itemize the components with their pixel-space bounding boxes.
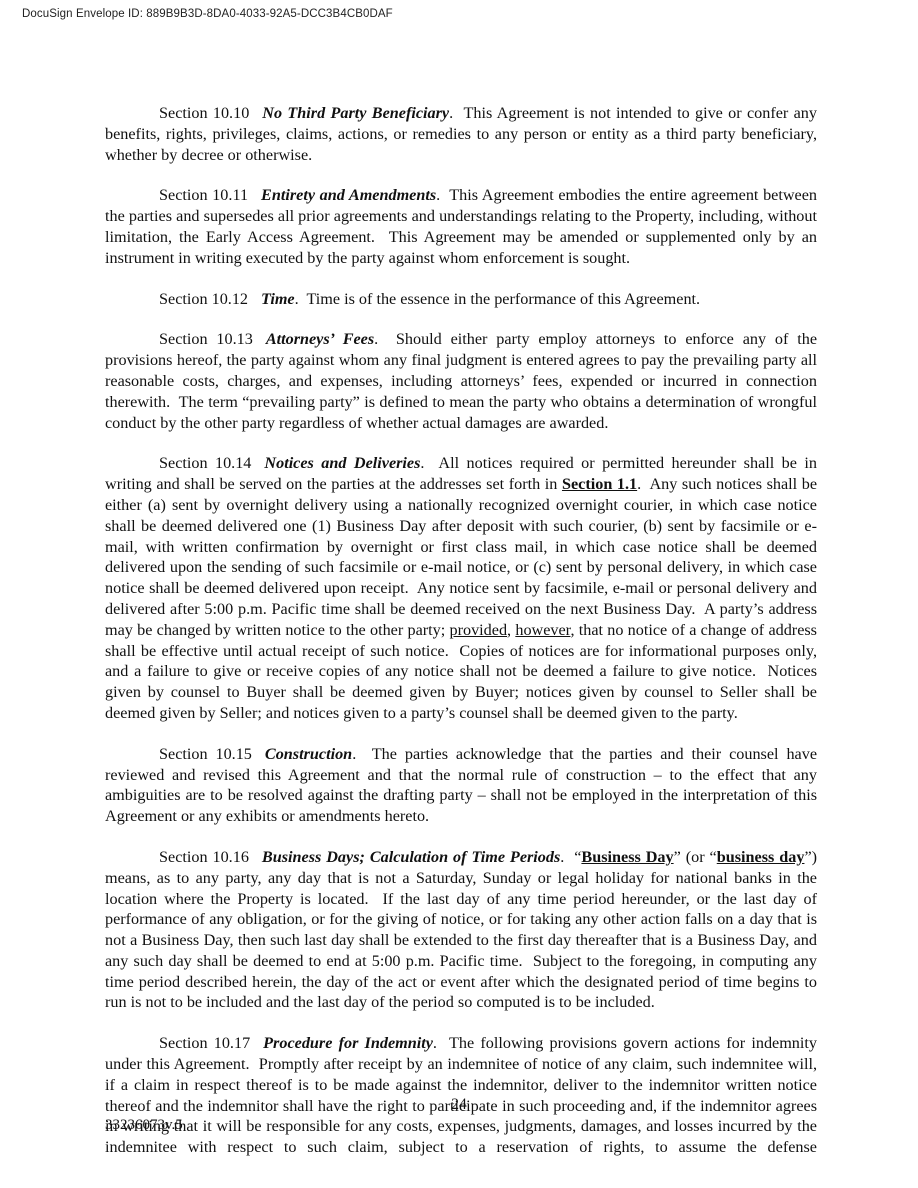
section-paragraph: Section 10.14Notices and Deliveries. All…: [105, 453, 817, 723]
section-paragraph: Section 10.15Construction. The parties a…: [105, 744, 817, 827]
section-paragraph: Section 10.12Time. Time is of the essenc…: [105, 289, 817, 310]
section-number: Section 10.12: [159, 290, 248, 308]
section-title: Attorneys’ Fees: [266, 330, 374, 348]
section-paragraph: Section 10.13Attorneys’ Fees. Should eit…: [105, 329, 817, 433]
document-version-number: 33236073v.5: [105, 1117, 183, 1134]
section-number: Section 10.16: [159, 848, 249, 866]
emphasized-term: Section 1.1: [562, 475, 637, 493]
section-title: Entirety and Amendments: [261, 186, 436, 204]
section-paragraph: Section 10.10No Third Party Beneficiary.…: [105, 103, 817, 165]
paragraph-text: ”) means, as to any party, any day that …: [105, 848, 821, 1012]
section-number: Section 10.10: [159, 104, 249, 122]
section-title: Construction: [265, 745, 352, 763]
paragraph-text: . Time is of the essence in the performa…: [295, 290, 701, 308]
section-paragraph: Section 10.11Entirety and Amendments. Th…: [105, 185, 817, 268]
section-paragraph: Section 10.16Business Days; Calculation …: [105, 847, 817, 1013]
section-number: Section 10.13: [159, 330, 253, 348]
emphasized-term: business day: [717, 848, 805, 866]
section-title: Procedure for Indemnity: [263, 1034, 433, 1052]
paragraph-text: . “: [560, 848, 581, 866]
emphasized-term: however: [515, 621, 570, 639]
paragraph-text: . Any such notices shall be either (a) s…: [105, 475, 821, 639]
emphasized-term: provided: [450, 621, 508, 639]
docusign-envelope-id: DocuSign Envelope ID: 889B9B3D-8DA0-4033…: [22, 8, 393, 20]
section-title: Time: [261, 290, 295, 308]
section-number: Section 10.17: [159, 1034, 250, 1052]
section-number: Section 10.15: [159, 745, 252, 763]
document-body: Section 10.10No Third Party Beneficiary.…: [105, 103, 817, 1178]
document-page: DocuSign Envelope ID: 889B9B3D-8DA0-4033…: [0, 0, 918, 1188]
emphasized-term: Business Day: [581, 848, 673, 866]
paragraph-text: ” (or “: [674, 848, 717, 866]
section-title: Business Days; Calculation of Time Perio…: [262, 848, 560, 866]
section-number: Section 10.14: [159, 454, 251, 472]
section-number: Section 10.11: [159, 186, 248, 204]
section-title: No Third Party Beneficiary: [262, 104, 449, 122]
section-title: Notices and Deliveries: [264, 454, 420, 472]
page-number: 24: [0, 1096, 918, 1114]
